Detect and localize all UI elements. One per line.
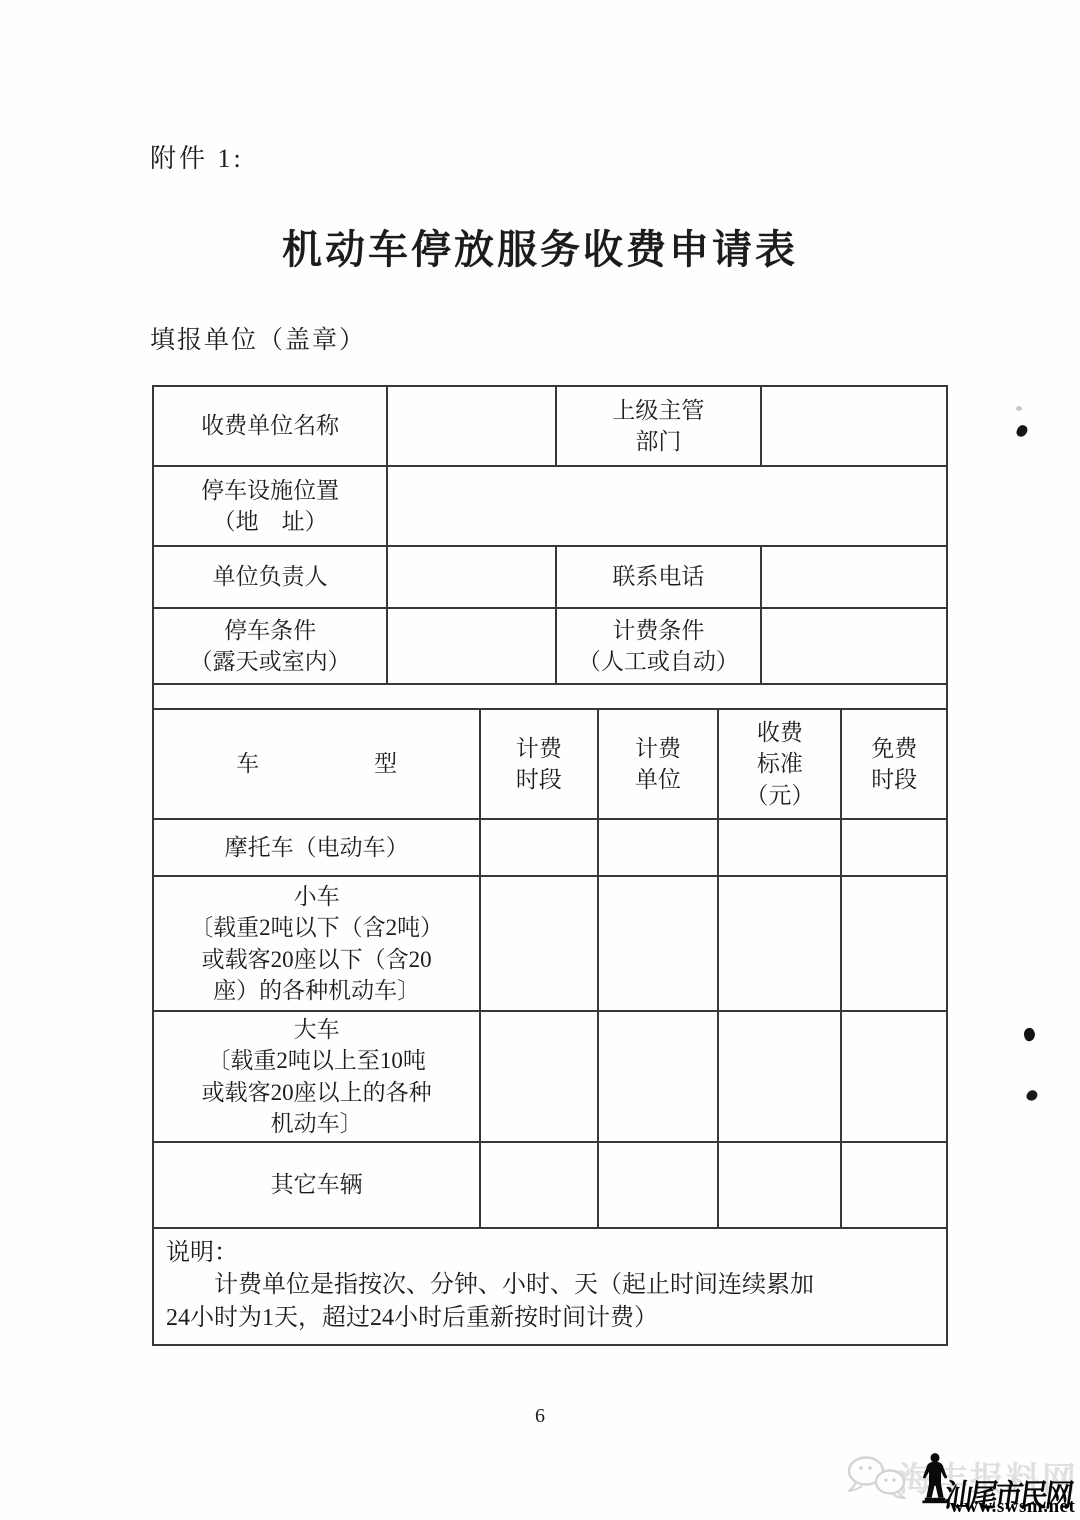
- header-vehicle-type: 车 型: [153, 709, 480, 819]
- blank-cell: [718, 819, 841, 876]
- info-row-conditions: 停车条件 （露天或室内） 计费条件 （人工或自动）: [153, 608, 947, 684]
- superior-department-label: 上级主管 部门: [556, 386, 762, 466]
- vehicle-type-motorcycle: 摩托车（电动车）: [153, 819, 480, 876]
- contact-phone-label: 联系电话: [556, 546, 762, 608]
- watermark: 海丰报料网 汕尾市民网 www.swsm.net: [838, 1396, 1080, 1520]
- parking-location-value-cell: [387, 466, 947, 546]
- blank-cell: [480, 876, 598, 1011]
- watermark-site-url: www.swsm.net: [950, 1496, 1075, 1518]
- fee-row-large-vehicle: 大车 〔载重2吨以上至10吨 或载客20座以上的各种 机动车〕: [153, 1011, 947, 1142]
- fill-unit-label: 填报单位（盖章）: [150, 320, 366, 356]
- charging-unit-name-label: 收费单位名称: [153, 386, 387, 466]
- blank-cell: [480, 1142, 598, 1228]
- note-text: 说明： 计费单位是指按次、分钟、小时、天（起止时间连续累加 24小时为1天，超过…: [153, 1228, 947, 1345]
- blank-cell: [598, 876, 719, 1011]
- blank-cell: [841, 1142, 947, 1228]
- blank-cell: [841, 876, 947, 1011]
- blank-cell: [841, 819, 947, 876]
- note-row: 说明： 计费单位是指按次、分钟、小时、天（起止时间连续累加 24小时为1天，超过…: [153, 1228, 947, 1345]
- header-fee-standard: 收费 标准 （元）: [718, 709, 841, 819]
- vehicle-type-large: 大车 〔载重2吨以上至10吨 或载客20座以上的各种 机动车〕: [153, 1011, 480, 1142]
- parking-condition-value-cell: [387, 608, 555, 684]
- blank-cell: [480, 819, 598, 876]
- scan-speck: [1023, 1027, 1037, 1042]
- charging-unit-name-value-cell: [387, 386, 555, 466]
- info-row-location: 停车设施位置 （地 址）: [153, 466, 947, 546]
- blank-cell: [718, 1142, 841, 1228]
- fee-row-small-vehicle: 小车 〔载重2吨以下（含2吨） 或载客20座以下（含20 座）的各种机动车〕: [153, 876, 947, 1011]
- blank-cell: [841, 1011, 947, 1142]
- page-title: 机动车停放服务收费申请表: [0, 218, 1080, 275]
- superior-department-value-cell: [761, 386, 947, 466]
- vehicle-type-other: 其它车辆: [153, 1142, 480, 1228]
- scan-speck: [1025, 1088, 1039, 1103]
- attachment-label: 附件 1:: [150, 138, 244, 175]
- fee-row-motorcycle: 摩托车（电动车）: [153, 819, 947, 876]
- scan-speck: [1016, 406, 1022, 411]
- info-row-unit-name: 收费单位名称 上级主管 部门: [153, 386, 947, 466]
- billing-condition-label: 计费条件 （人工或自动）: [556, 608, 762, 684]
- blank-cell: [598, 1142, 719, 1228]
- parking-location-label: 停车设施位置 （地 址）: [153, 466, 387, 546]
- contact-phone-value-cell: [761, 546, 947, 608]
- unit-manager-value-cell: [387, 546, 555, 608]
- section-separator: [152, 685, 948, 708]
- vehicle-type-small: 小车 〔载重2吨以下（含2吨） 或载客20座以下（含20 座）的各种机动车〕: [153, 876, 480, 1011]
- blank-cell: [718, 876, 841, 1011]
- info-row-manager: 单位负责人 联系电话: [153, 546, 947, 608]
- blank-cell: [598, 819, 719, 876]
- fee-row-other: 其它车辆: [153, 1142, 947, 1228]
- fee-header-row: 车 型 计费 时段 计费 单位 收费 标准 （元） 免费 时段: [153, 709, 947, 819]
- blank-cell: [480, 1011, 598, 1142]
- blank-cell: [718, 1011, 841, 1142]
- parking-condition-label: 停车条件 （露天或室内）: [153, 608, 387, 684]
- header-free-period: 免费 时段: [841, 709, 947, 819]
- info-table: 收费单位名称 上级主管 部门 停车设施位置 （地 址） 单位负责人 联系电话 停…: [152, 385, 948, 685]
- billing-condition-value-cell: [761, 608, 947, 684]
- chat-bubbles-icon: [846, 1455, 908, 1499]
- application-form: 收费单位名称 上级主管 部门 停车设施位置 （地 址） 单位负责人 联系电话 停…: [152, 385, 948, 1346]
- header-billing-period: 计费 时段: [480, 709, 598, 819]
- blank-cell: [598, 1011, 719, 1142]
- scan-speck: [1015, 424, 1029, 439]
- unit-manager-label: 单位负责人: [153, 546, 387, 608]
- header-billing-unit: 计费 单位: [598, 709, 719, 819]
- fee-table: 车 型 计费 时段 计费 单位 收费 标准 （元） 免费 时段 摩托车（电动车）…: [152, 708, 948, 1346]
